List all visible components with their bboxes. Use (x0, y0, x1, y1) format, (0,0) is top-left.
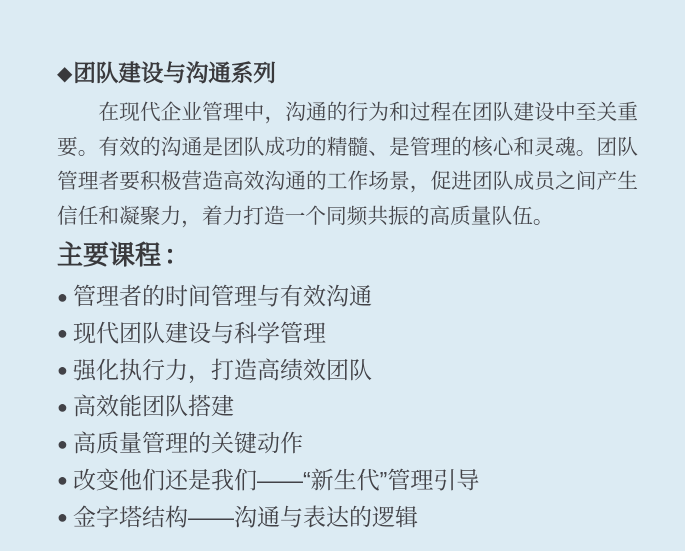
list-item: ●高效能团队搭建 (57, 388, 638, 425)
series-intro-paragraph: 在现代企业管理中，沟通的行为和过程在团队建设中至关重 要。有效的沟通是团队成功的… (57, 96, 638, 234)
diamond-bullet-icon: ◆ (57, 63, 72, 85)
course-list: ●管理者的时间管理与有效沟通 ●现代团队建设与科学管理 ●强化执行力，打造高绩效… (57, 278, 638, 536)
courses-heading-row: 主要课程： (57, 238, 638, 272)
course-label: 改变他们还是我们——“新生代”管理引导 (73, 467, 479, 493)
bullet-icon: ● (57, 389, 73, 426)
list-item: ●金字塔结构——沟通与表达的逻辑 (57, 499, 638, 536)
bullet-icon: ● (57, 499, 73, 536)
course-label: 金字塔结构——沟通与表达的逻辑 (73, 504, 418, 530)
course-label: 现代团队建设与科学管理 (73, 320, 326, 346)
series-title: 团队建设与沟通系列 (73, 61, 276, 86)
bullet-icon: ● (57, 279, 73, 316)
intro-line: 管理者要积极营造高效沟通的工作场景，促进团队成员之间产生 (57, 165, 638, 200)
list-item: ●高质量管理的关键动作 (57, 425, 638, 462)
intro-line: 在现代企业管理中，沟通的行为和过程在团队建设中至关重 (57, 96, 638, 131)
list-item: ●现代团队建设与科学管理 (57, 315, 638, 352)
bullet-icon: ● (57, 352, 73, 389)
bullet-icon: ● (57, 462, 73, 499)
bullet-icon: ● (57, 426, 73, 463)
course-label: 强化执行力，打造高绩效团队 (73, 357, 372, 383)
course-label: 高质量管理的关键动作 (73, 430, 303, 456)
courses-heading-colon: ： (164, 240, 190, 270)
list-item: ●管理者的时间管理与有效沟通 (57, 278, 638, 315)
bullet-icon: ● (57, 315, 73, 352)
course-label: 高效能团队搭建 (73, 393, 234, 419)
intro-line: 要。有效的沟通是团队成功的精髓、是管理的核心和灵魂。团队 (57, 131, 638, 166)
list-item: ●强化执行力，打造高绩效团队 (57, 352, 638, 389)
series-title-row: ◆团队建设与沟通系列 (57, 60, 638, 88)
courses-heading: 主要课程 (57, 240, 161, 270)
course-label: 管理者的时间管理与有效沟通 (73, 283, 372, 309)
course-series-panel: ◆团队建设与沟通系列 在现代企业管理中，沟通的行为和过程在团队建设中至关重 要。… (0, 0, 685, 551)
list-item: ●改变他们还是我们——“新生代”管理引导 (57, 462, 638, 499)
intro-line: 信任和凝聚力，着力打造一个同频共振的高质量队伍。 (57, 200, 638, 235)
